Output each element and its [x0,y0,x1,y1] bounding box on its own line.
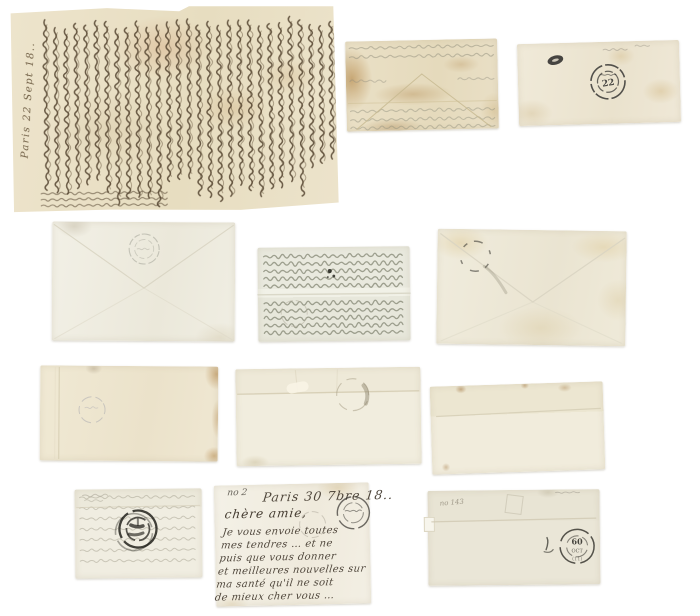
postmark-icon [75,488,203,578]
show-through-script [258,246,411,342]
fold-and-postmark [235,367,421,467]
manuscript-letter: Paris 22 Sept 18.. [9,4,340,215]
postmark-number: 22 [601,78,615,90]
fold-and-script-texture [345,38,499,131]
fold-and-postmark [40,365,219,461]
folded-letter-row3-right [430,381,606,474]
fold-crease [430,381,606,474]
letter-card-bottom-center: no 2 Paris 30 7bre 18.. chère amie, Je v… [214,482,372,606]
envelope-middle-right [436,229,627,347]
postmark-icon: 60 OCT (11) [428,489,601,586]
postmark-icon: 22 [517,40,681,126]
envelope-middle-left [52,222,236,342]
folded-letter-row3-center [235,367,421,467]
folded-letter-bottom-left [75,488,203,578]
envelope-flap-and-postmark [436,229,627,347]
folded-letter-bottom-right: no 143 60 OCT (11) [428,489,601,586]
postmark-number: 60 [571,536,583,546]
crossed-letter-middle [258,246,411,342]
postmark-icon [214,482,372,606]
envelope-flap-and-seal [52,222,236,342]
postmark-month: OCT [571,548,583,554]
letters-photograph: Paris 22 Sept 18.. 22 no 2 Paris 30 7bre… [0,0,700,616]
folded-letter-row3-left [40,365,219,461]
envelope-top-right: 22 [517,40,681,126]
handwriting-texture [9,4,340,215]
folded-letter-top-middle [345,38,499,131]
